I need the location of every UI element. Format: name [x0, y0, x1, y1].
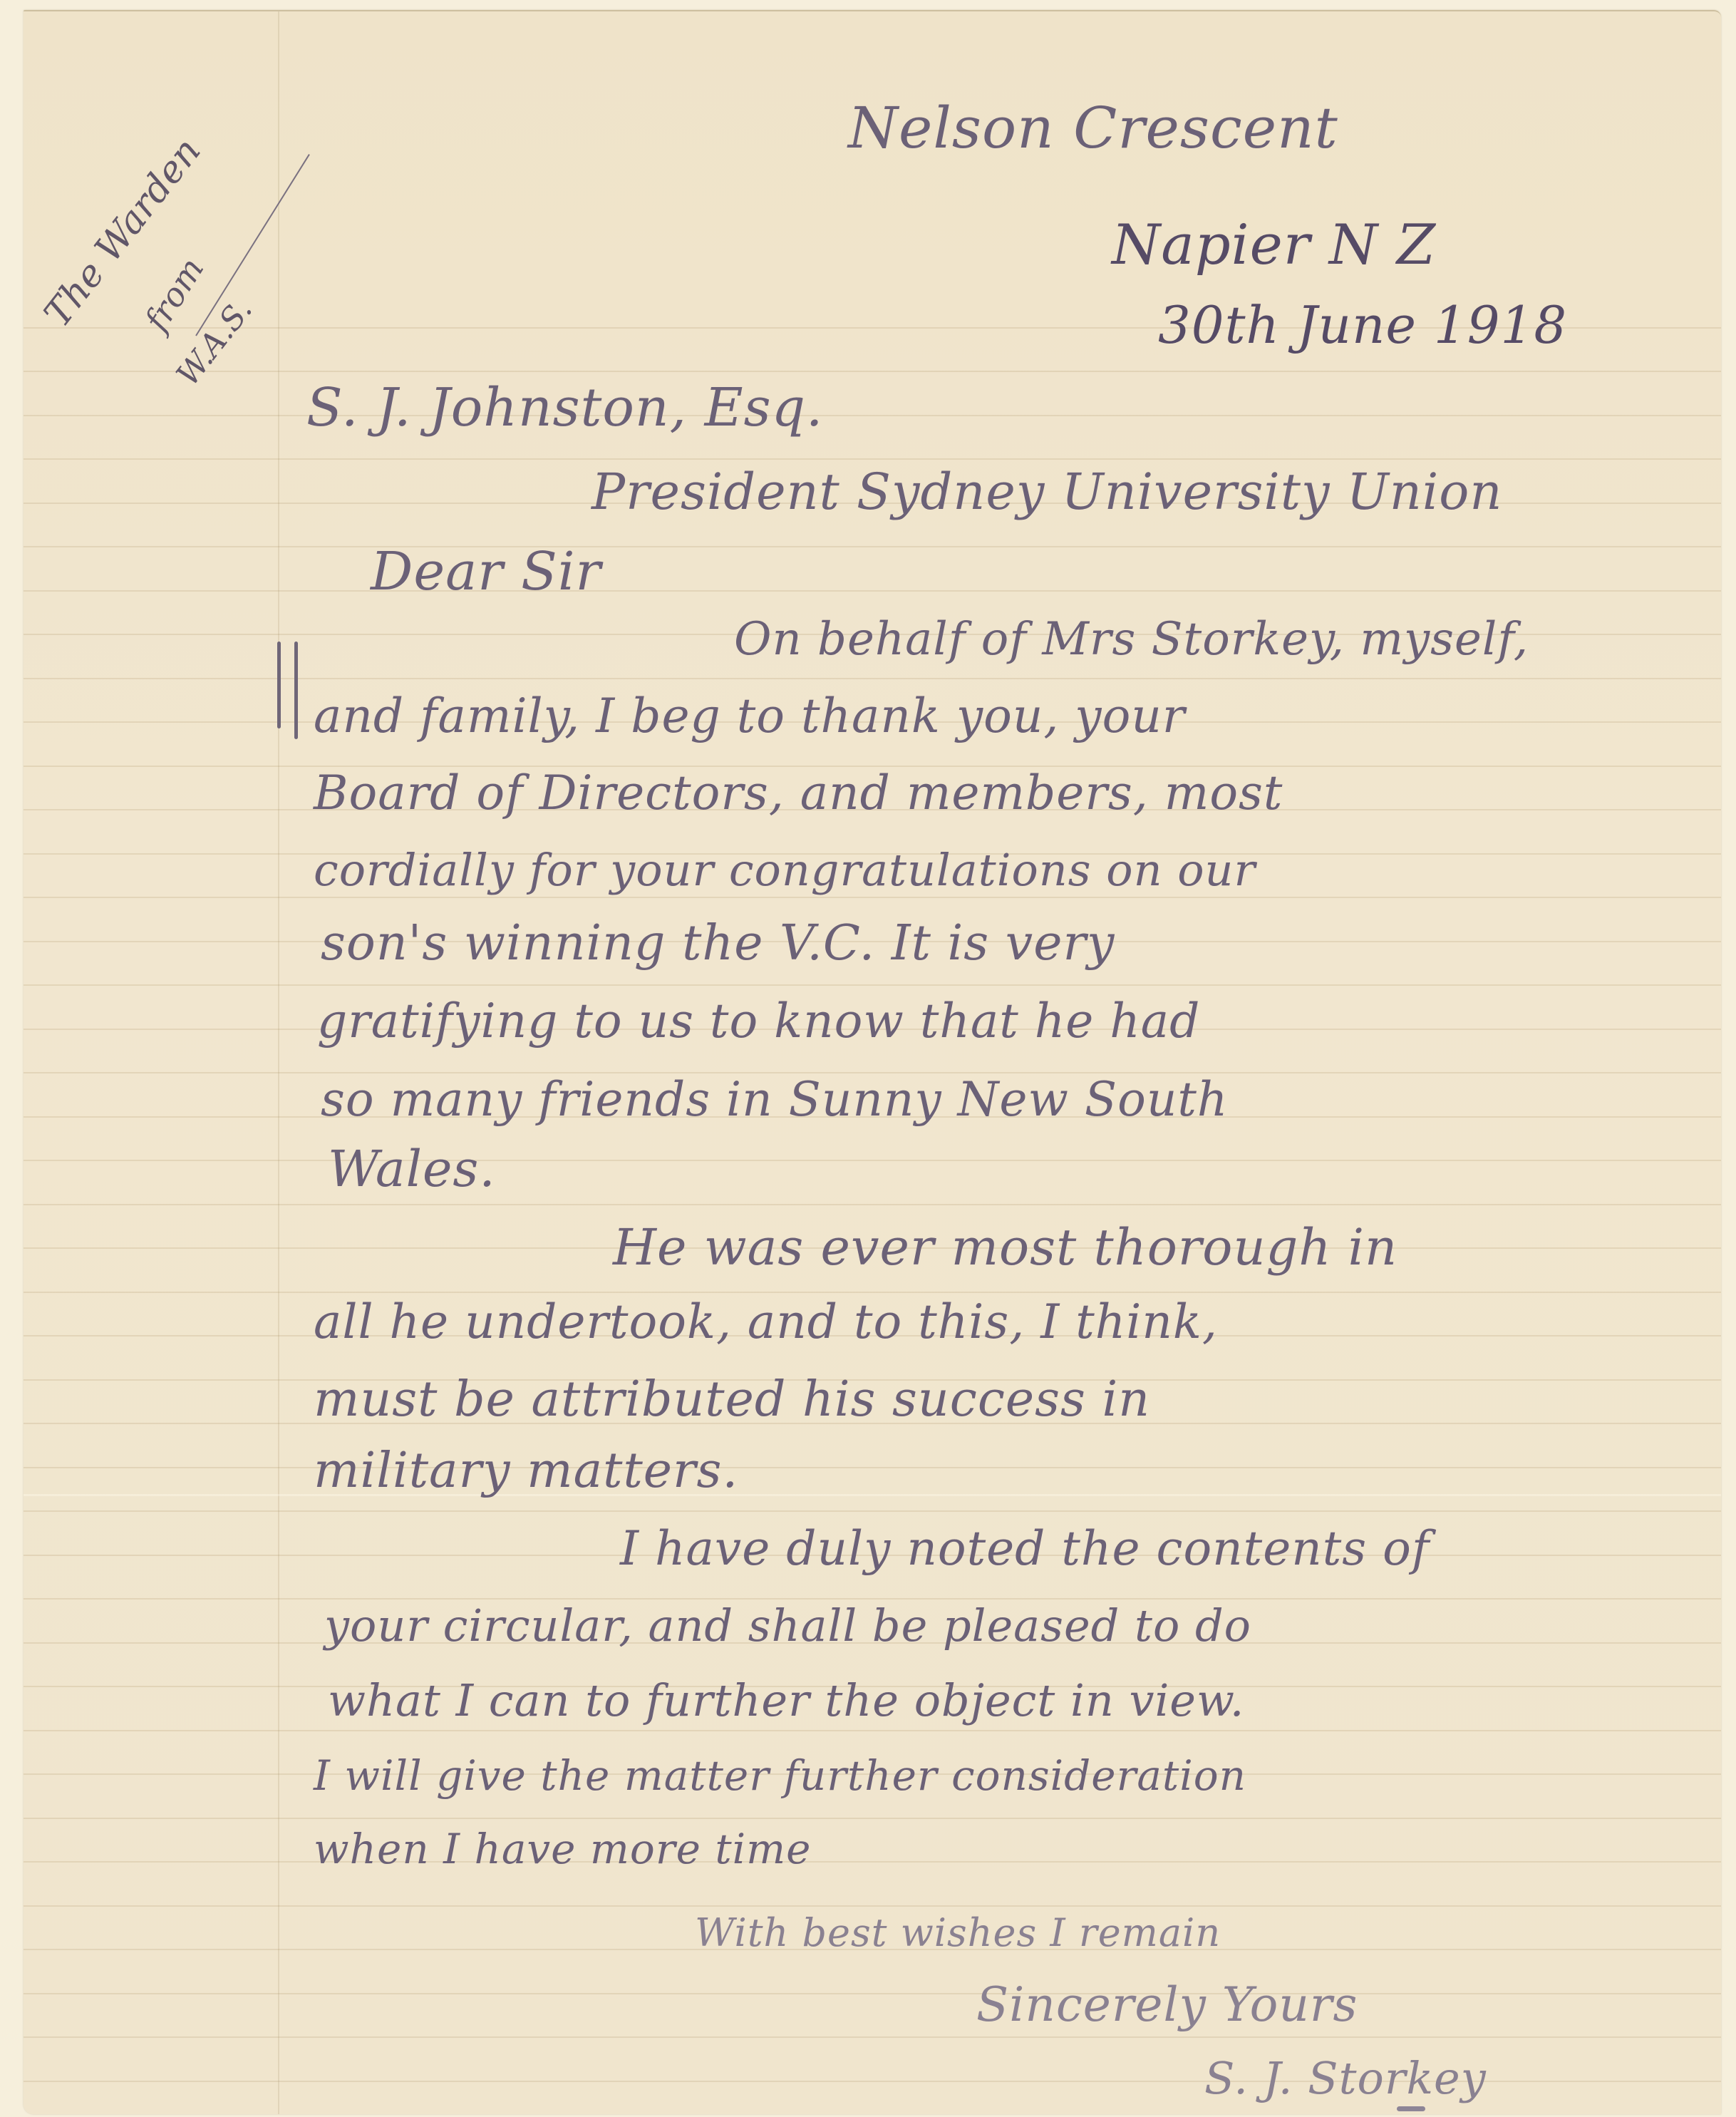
- body-line: what I can to further the object in view…: [328, 1679, 1244, 1723]
- signature-underline: [1397, 2106, 1425, 2111]
- address-street: Nelson Crescent: [848, 100, 1338, 157]
- margin-note-line-2: from: [137, 251, 211, 338]
- signature: S. J. Storkey: [1204, 2056, 1487, 2101]
- fold-crease-horizontal: [24, 1494, 1721, 1496]
- margin-mark-bar-2: [294, 642, 298, 739]
- salutation: Dear Sir: [371, 545, 601, 598]
- address-city: Napier N Z: [1112, 217, 1436, 273]
- body-line: gratifying to us to know that he had: [317, 998, 1200, 1045]
- margin-mark-bar-1: [277, 642, 281, 728]
- body-line: and family, I beg to thank you, your: [314, 693, 1185, 740]
- recipient-name: S. J. Johnston, Esq.: [306, 381, 823, 434]
- body-line: He was ever most thorough in: [613, 1222, 1397, 1272]
- recipient-title: President Sydney University Union: [591, 467, 1502, 517]
- closing-valediction: Sincerely Yours: [976, 1982, 1358, 2029]
- body-line: I will give the matter further considera…: [314, 1755, 1246, 1796]
- body-line: your circular, and shall be pleased to d…: [324, 1604, 1251, 1648]
- letter-date: 30th June 1918: [1158, 299, 1567, 351]
- body-line: all he undertook, and to this, I think,: [314, 1299, 1218, 1346]
- body-line: so many friends in Sunny New South: [321, 1076, 1228, 1123]
- body-line: son's winning the V.C. It is very: [321, 920, 1115, 968]
- body-line: Wales.: [328, 1144, 496, 1194]
- body-line: I have duly noted the contents of: [620, 1525, 1430, 1572]
- body-line: cordially for your congratulations on ou…: [314, 848, 1256, 892]
- body-line: when I have more time: [314, 1828, 812, 1870]
- margin-note: The Warden from W.A.S.: [56, 86, 355, 385]
- closing-line: With best wishes I remain: [695, 1914, 1221, 1952]
- body-line: Board of Directors, and members, most: [314, 770, 1283, 817]
- body-line: must be attributed his success in: [314, 1376, 1150, 1424]
- body-line: On behalf of Mrs Storkey, myself,: [734, 617, 1529, 662]
- body-line: military matters.: [314, 1447, 738, 1495]
